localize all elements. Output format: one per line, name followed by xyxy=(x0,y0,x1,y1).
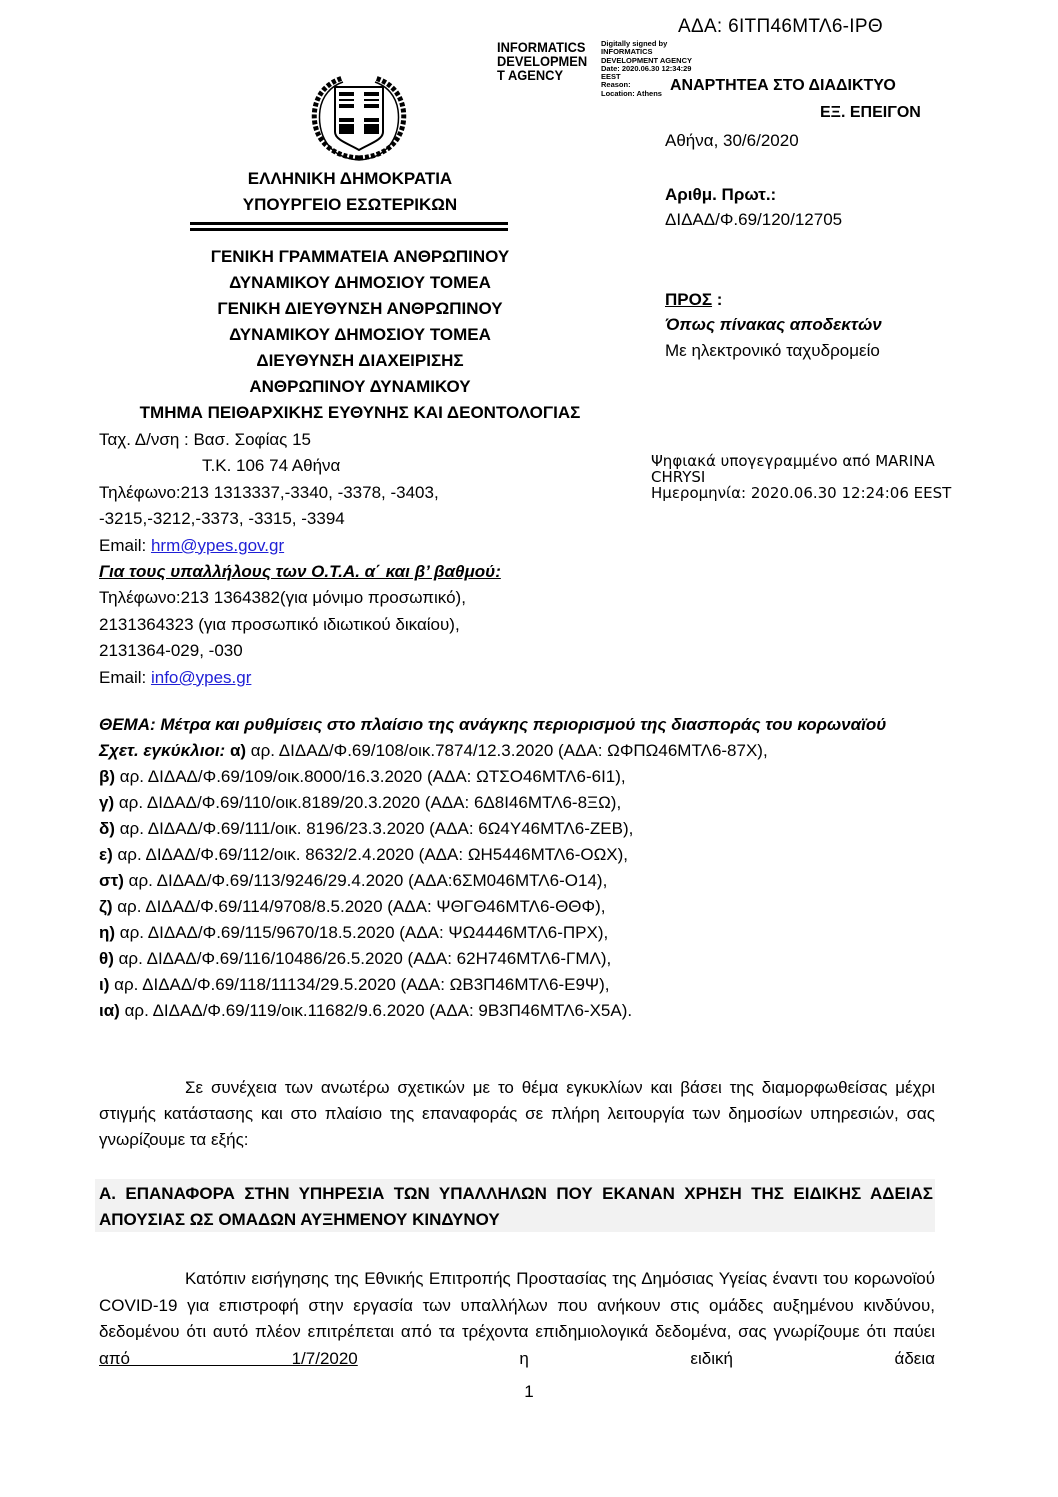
ministry-header: ΕΛΛΗΝΙΚΗ ΔΗΜΟΚΡΑΤΙΑ ΥΠΟΥΡΓΕΙΟ ΕΣΩΤΕΡΙΚΩΝ xyxy=(170,166,530,218)
email-row-2: Email: info@ypes.gr xyxy=(99,665,501,691)
reference-item: ζ) αρ. ΔΙΔΑΔ/Φ.69/114/9708/8.5.2020 (ΑΔΑ… xyxy=(99,894,939,920)
department-line: ΑΝΘΡΩΠΙΝΟΥ ΔΥΝΑΜΙΚΟΥ xyxy=(90,374,630,400)
recipients-list: Όπως πίνακας αποδεκτών xyxy=(665,315,882,335)
reference-text: αρ. ΔΙΔΑΔ/Φ.69/114/9708/8.5.2020 (ΑΔΑ: Ψ… xyxy=(113,897,606,916)
department-line: ΓΕΝΙΚΗ ΔΙΕΥΘΥΝΣΗ ΑΝΘΡΩΠΙΝΟΥ xyxy=(90,296,630,322)
subject-title: ΘΕΜΑ: Μέτρα και ρυθμίσεις στο πλαίσιο τη… xyxy=(99,712,939,738)
reference-item: ι) αρ. ΔΙΔΑΔ/Φ.69/118/11134/29.5.2020 (Α… xyxy=(99,972,939,998)
references-label: Σχετ. εγκύκλιοι: xyxy=(99,741,230,760)
reference-text: αρ. ΔΙΔΑΔ/Φ.69/115/9670/18.5.2020 (ΑΔΑ: … xyxy=(115,923,608,942)
publish-note: ΑΝΑΡΤΗΤΕΑ ΣΤΟ ΔΙΑΔΙΚΤΥΟ xyxy=(670,77,896,95)
email-label: Email: xyxy=(99,536,151,555)
reference-text: αρ. ΔΙΔΑΔ/Φ.69/112/οικ. 8632/2.4.2020 (Α… xyxy=(113,845,628,864)
reference-text: αρ. ΔΙΔΑΔ/Φ.69/108/οικ.7874/12.3.2020 (Α… xyxy=(246,741,768,760)
effective-date: από 1/7/2020 xyxy=(99,1349,358,1368)
email-row-1: Email: hrm@ypes.gov.gr xyxy=(99,533,501,559)
reference-key: γ) xyxy=(99,793,114,812)
recipients-label: ΠΡΟΣ : xyxy=(665,290,722,310)
department-line: ΤΜΗΜΑ ΠΕΙΘΑΡΧΙΚΗΣ ΕΥΘΥΝΗΣ ΚΑΙ ΔΕΟΝΤΟΛΟΓΙ… xyxy=(90,400,630,426)
reference-key: η) xyxy=(99,923,115,942)
to-label-suffix: : xyxy=(712,290,722,309)
document-date: Αθήνα, 30/6/2020 xyxy=(665,131,799,151)
reference-item: Σχετ. εγκύκλιοι: α) αρ. ΔΙΔΑΔ/Φ.69/108/ο… xyxy=(99,738,939,764)
email-link-info[interactable]: info@ypes.gr xyxy=(151,668,251,687)
contact-block: Ταχ. Δ/νση : Βασ. Σοφίας 15 Τ.Κ. 106 74 … xyxy=(99,427,501,691)
reference-item: δ) αρ. ΔΙΔΑΔ/Φ.69/111/οικ. 8196/23.3.202… xyxy=(99,816,939,842)
signature-line: Ημερομηνία: 2020.06.30 12:24:06 EEST xyxy=(651,485,951,501)
country-name: ΕΛΛΗΝΙΚΗ ΔΗΜΟΚΡΑΤΙΑ xyxy=(170,166,530,192)
signing-agency-line: T AGENCY xyxy=(497,68,587,82)
urgency-label: ΕΞ. ΕΠΕΙΓΟΝ xyxy=(820,104,921,122)
signing-agency-line: DEVELOPMEN xyxy=(497,54,587,68)
reference-item: θ) αρ. ΔΙΔΑΔ/Φ.69/116/10486/26.5.2020 (Α… xyxy=(99,946,939,972)
reference-item: β) αρ. ΔΙΔΑΔ/Φ.69/109/οικ.8000/16.3.2020… xyxy=(99,764,939,790)
email-label: Email: xyxy=(99,668,151,687)
reference-item: στ) αρ. ΔΙΔΑΔ/Φ.69/113/9246/29.4.2020 (Α… xyxy=(99,868,939,894)
reference-key: ι) xyxy=(99,975,109,994)
postal-address: Ταχ. Δ/νση : Βασ. Σοφίας 15 xyxy=(99,427,501,453)
digital-signature: Ψηφιακά υπογεγραμμένο από MARINA CHRYSI … xyxy=(651,453,951,501)
ota-heading: Για τους υπαλλήλους των Ο.Τ.Α. α΄ και β’… xyxy=(99,559,501,585)
department-line: ΔΥΝΑΜΙΚΟΥ ΔΗΜΟΣΙΟΥ ΤΟΜΕΑ xyxy=(90,322,630,348)
intro-text: Σε συνέχεια των ανωτέρω σχετικών με το θ… xyxy=(99,1078,935,1149)
postal-code: Τ.Κ. 106 74 Αθήνα xyxy=(99,453,501,479)
department-line: ΔΙΕΥΘΥΝΣΗ ΔΙΑΧΕΙΡΙΣΗΣ xyxy=(90,348,630,374)
reference-text: αρ. ΔΙΔΑΔ/Φ.69/119/οικ.11682/9.6.2020 (Α… xyxy=(120,1001,632,1020)
reference-text: αρ. ΔΙΔΑΔ/Φ.69/113/9246/29.4.2020 (ΑΔΑ:6… xyxy=(124,871,607,890)
reference-text: αρ. ΔΙΔΑΔ/Φ.69/110/οικ.8189/20.3.2020 (Α… xyxy=(114,793,621,812)
section-a-title: Α. ΕΠΑΝΑΦΟΡΑ ΣΤΗΝ ΥΠΗΡΕΣΙΑ ΤΩΝ ΥΠΑΛΛΗΛΩΝ… xyxy=(99,1181,933,1233)
ota-phone-1: Τηλέφωνο:213 1364382(για μόνιμο προσωπικ… xyxy=(99,585,501,611)
protocol-label: Αριθμ. Πρωτ.: xyxy=(665,185,776,205)
reference-key: ε) xyxy=(99,845,113,864)
reference-key: β) xyxy=(99,767,115,786)
reference-item: η) αρ. ΔΙΔΑΔ/Φ.69/115/9670/18.5.2020 (ΑΔ… xyxy=(99,920,939,946)
paragraph-text-end: η ειδική άδεια xyxy=(358,1349,935,1368)
signing-agency: INFORMATICS DEVELOPMEN T AGENCY xyxy=(497,40,587,82)
department-line: ΓΕΝΙΚΗ ΓΡΑΜΜΑΤΕΙΑ ΑΝΘΡΩΠΙΝΟΥ xyxy=(90,244,630,270)
reference-text: αρ. ΔΙΔΑΔ/Φ.69/109/οικ.8000/16.3.2020 (Α… xyxy=(115,767,626,786)
signature-line: Ψηφιακά υπογεγραμμένο από MARINA xyxy=(651,453,951,469)
reference-text: αρ. ΔΙΔΑΔ/Φ.69/118/11134/29.5.2020 (ΑΔΑ:… xyxy=(109,975,609,994)
subject-block: ΘΕΜΑ: Μέτρα και ρυθμίσεις στο πλαίσιο τη… xyxy=(99,712,939,1024)
signature-line: CHRYSI xyxy=(651,469,951,485)
protocol-number: ΔΙΔΑΔ/Φ.69/120/12705 xyxy=(665,210,842,230)
reference-key: δ) xyxy=(99,819,115,838)
department-header: ΓΕΝΙΚΗ ΓΡΑΜΜΑΤΕΙΑ ΑΝΘΡΩΠΙΝΟΥ ΔΥΝΑΜΙΚΟΥ Δ… xyxy=(90,244,630,426)
phones-line-2: -3215,-3212,-3373, -3315, -3394 xyxy=(99,506,501,532)
reference-key: α) xyxy=(230,741,246,760)
reference-item: γ) αρ. ΔΙΔΑΔ/Φ.69/110/οικ.8189/20.3.2020… xyxy=(99,790,939,816)
ada-code: ΑΔΑ: 6ΙΤΠ46ΜΤΛ6-ΙΡΘ xyxy=(678,16,883,38)
reference-item: ια) αρ. ΔΙΔΑΔ/Φ.69/119/οικ.11682/9.6.202… xyxy=(99,998,939,1024)
ota-phone-2: 2131364323 (για προσωπικό ιδιωτικού δικα… xyxy=(99,612,501,638)
reference-key: ζ) xyxy=(99,897,113,916)
references-list: Σχετ. εγκύκλιοι: α) αρ. ΔΙΔΑΔ/Φ.69/108/ο… xyxy=(99,738,939,1024)
reference-key: θ) xyxy=(99,949,114,968)
intro-paragraph: Σε συνέχεια των ανωτέρω σχετικών με το θ… xyxy=(99,1075,935,1153)
ministry-name: ΥΠΟΥΡΓΕΙΟ ΕΣΩΤΕΡΙΚΩΝ xyxy=(170,192,530,218)
reference-text: αρ. ΔΙΔΑΔ/Φ.69/116/10486/26.5.2020 (ΑΔΑ:… xyxy=(114,949,611,968)
signing-agency-line: INFORMATICS xyxy=(497,40,587,54)
to-label-text: ΠΡΟΣ xyxy=(665,290,712,309)
page-number: 1 xyxy=(0,1382,1058,1402)
greek-coat-of-arms-icon xyxy=(303,70,415,164)
delivery-method: Με ηλεκτρονικό ταχυδρομείο xyxy=(665,341,880,361)
reference-key: στ) xyxy=(99,871,124,890)
reference-key: ια) xyxy=(99,1001,120,1020)
section-a-paragraph: Κατόπιν εισήγησης της Εθνικής Επιτροπής … xyxy=(99,1266,935,1372)
reference-item: ε) αρ. ΔΙΔΑΔ/Φ.69/112/οικ. 8632/2.4.2020… xyxy=(99,842,939,868)
department-line: ΔΥΝΑΜΙΚΟΥ ΔΗΜΟΣΙΟΥ ΤΟΜΕΑ xyxy=(90,270,630,296)
phones-line-1: Τηλέφωνο:213 1313337,-3340, -3378, -3403… xyxy=(99,480,501,506)
reference-text: αρ. ΔΙΔΑΔ/Φ.69/111/οικ. 8196/23.3.2020 (… xyxy=(115,819,633,838)
email-link-hrm[interactable]: hrm@ypes.gov.gr xyxy=(151,536,284,555)
ota-phone-3: 2131364-029, -030 xyxy=(99,638,501,664)
double-divider xyxy=(190,222,508,231)
paragraph-text: Κατόπιν εισήγησης της Εθνικής Επιτροπής … xyxy=(99,1269,935,1341)
